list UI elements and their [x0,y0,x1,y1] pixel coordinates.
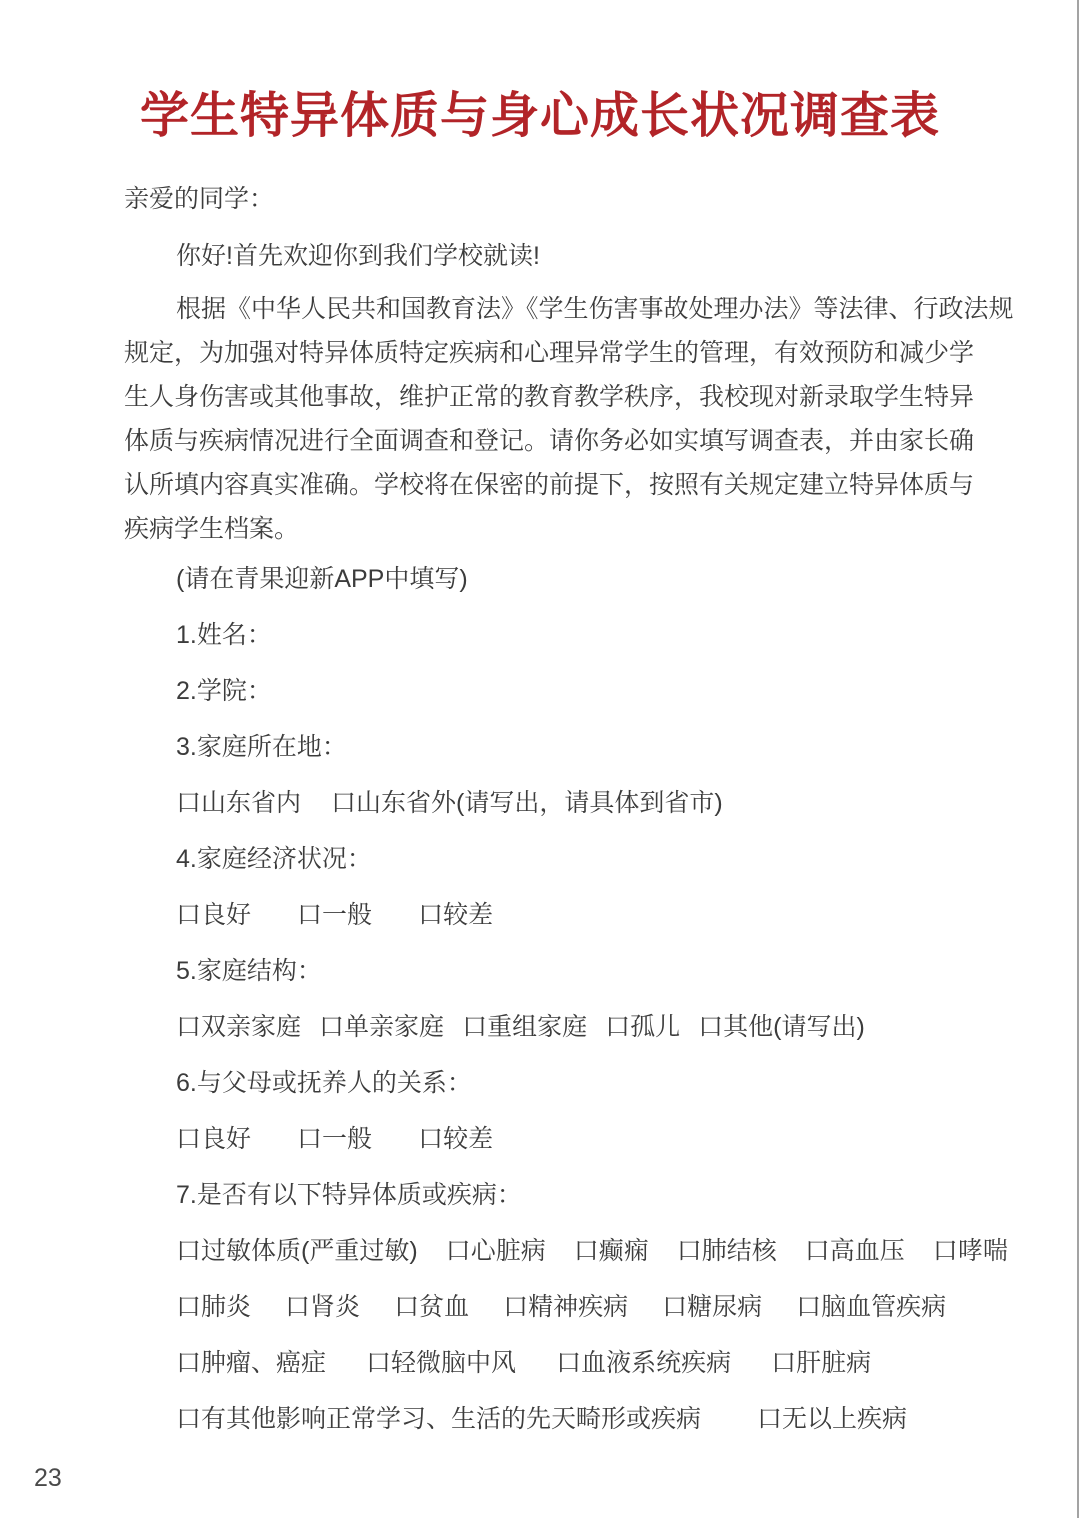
checkbox-icon: 口 [176,1237,201,1265]
checkbox-icon: 口 [796,1293,821,1321]
option-label: 双亲家庭 [201,1013,301,1041]
checkbox-option: 口有其他影响正常学习、生活的先天畸形或疾病 [176,1405,701,1433]
question-label-6: 6.与父母或抚养人的关系： [176,1069,1024,1095]
document-body: 亲爱的同学： 你好!首先欢迎你到我们学校就读! 根据《中华人民共和国教育法》《学… [124,185,1024,1461]
intro-paragraph-line: 体质与疾病情况进行全面调查和登记。请你务必如实填写调查表，并由家长确 [124,427,1024,453]
option-label: 较差 [443,1125,493,1153]
option-label: 贫血 [419,1293,469,1321]
greeting-line: 你好!首先欢迎你到我们学校就读! [176,242,1024,268]
question-label-3: 3.家庭所在地： [176,733,1024,759]
checkbox-option: 口山东省外(请写出，请具体到省市) [331,789,723,817]
checkbox-icon: 口 [677,1237,702,1265]
option-label: 哮喘 [958,1237,1008,1265]
checkbox-icon: 口 [176,1125,201,1153]
option-label: 血液系统疾病 [581,1349,731,1377]
option-label: 肝脏病 [796,1349,871,1377]
option-label: 糖尿病 [687,1293,762,1321]
checkbox-icon: 口 [556,1349,581,1377]
checkbox-option: 口轻微脑中风 [366,1349,516,1377]
checkbox-option: 口肺炎 [176,1293,251,1321]
option-label: 肺结核 [702,1237,777,1265]
question-label-2: 2.学院： [176,677,1024,703]
checkbox-option: 口肾炎 [285,1293,360,1321]
checkbox-icon: 口 [319,1013,344,1041]
checkbox-option: 口哮喘 [933,1237,1008,1265]
checkbox-icon: 口 [698,1013,723,1041]
question-4-options: 口良好口一般口较差 [176,901,1024,927]
option-label: 轻微脑中风 [391,1349,516,1377]
question-label-5: 5.家庭结构： [176,957,1024,983]
checkbox-icon: 口 [418,901,443,929]
intro-paragraph-line: 规定，为加强对特异体质特定疾病和心理异常学生的管理，有效预防和减少学 [124,339,1024,365]
option-label: 无以上疾病 [782,1405,907,1433]
question-label-4: 4.家庭经济状况： [176,845,1024,871]
option-label: 单亲家庭 [344,1013,444,1041]
page-number: 23 [34,1464,62,1493]
option-label: 一般 [322,1125,372,1153]
checkbox-option: 口山东省内 [176,789,301,817]
checkbox-icon: 口 [503,1293,528,1321]
checkbox-icon: 口 [176,1405,201,1433]
checkbox-option: 口肿瘤、癌症 [176,1349,326,1377]
option-label: 高血压 [830,1237,905,1265]
option-label: 癫痫 [599,1237,649,1265]
checkbox-icon: 口 [933,1237,958,1265]
checkbox-option: 口双亲家庭 [176,1013,301,1041]
question-label-7: 7.是否有以下特异体质或疾病： [176,1181,1024,1207]
checkbox-icon: 口 [366,1349,391,1377]
option-label: 良好 [201,901,251,929]
checkbox-option: 口良好 [176,1125,251,1153]
checkbox-option: 口重组家庭 [462,1013,587,1041]
page-right-edge-line [1077,0,1079,1518]
option-label: 肾炎 [310,1293,360,1321]
checkbox-icon: 口 [418,1125,443,1153]
intro-paragraph-line: 根据《中华人民共和国教育法》《学生伤害事故处理办法》等法律、行政法规 [176,295,1024,321]
checkbox-icon: 口 [805,1237,830,1265]
checkbox-icon: 口 [574,1237,599,1265]
option-label: 山东省外(请写出，请具体到省市) [356,789,723,817]
checkbox-option: 口无以上疾病 [757,1405,907,1433]
checkbox-option: 口精神疾病 [503,1293,628,1321]
option-label: 脑血管疾病 [821,1293,946,1321]
option-label: 心脏病 [471,1237,546,1265]
checkbox-option: 口较差 [418,1125,493,1153]
checkbox-icon: 口 [446,1237,471,1265]
page-title: 学生特异体质与身心成长状况调查表 [140,86,940,144]
checkbox-icon: 口 [331,789,356,817]
checkbox-option: 口贫血 [394,1293,469,1321]
checkbox-icon: 口 [771,1349,796,1377]
checkbox-icon: 口 [462,1013,487,1041]
question-7-options-row-2: 口肺炎口肾炎口贫血口精神疾病口糖尿病口脑血管疾病 [176,1293,1024,1319]
question-7-options-row-4: 口有其他影响正常学习、生活的先天畸形或疾病口无以上疾病 [176,1405,1024,1431]
option-label: 精神疾病 [528,1293,628,1321]
intro-paragraph-line: 认所填内容真实准确。学校将在保密的前提下，按照有关规定建立特异体质与 [124,471,1024,497]
checkbox-option: 口肝脏病 [771,1349,871,1377]
option-label: 较差 [443,901,493,929]
fill-in-app-note: (请在青果迎新APP中填写) [176,565,1024,591]
checkbox-icon: 口 [285,1293,310,1321]
question-6-options: 口良好口一般口较差 [176,1125,1024,1151]
checkbox-icon: 口 [176,1349,201,1377]
checkbox-option: 口高血压 [805,1237,905,1265]
checkbox-option: 口较差 [418,901,493,929]
checkbox-option: 口癫痫 [574,1237,649,1265]
question-7-options-row-3: 口肿瘤、癌症口轻微脑中风口血液系统疾病口肝脏病 [176,1349,1024,1375]
checkbox-option: 口糖尿病 [662,1293,762,1321]
option-label: 重组家庭 [487,1013,587,1041]
checkbox-option: 口心脏病 [446,1237,546,1265]
checkbox-icon: 口 [662,1293,687,1321]
checkbox-option: 口一般 [297,901,372,929]
checkbox-option: 口过敏体质(严重过敏) [176,1237,418,1265]
checkbox-icon: 口 [297,901,322,929]
title-block: 学生特异体质与身心成长状况调查表 [0,84,1080,146]
option-label: 肿瘤、癌症 [201,1349,326,1377]
checkbox-option: 口一般 [297,1125,372,1153]
salutation: 亲爱的同学： [124,185,1024,211]
checkbox-icon: 口 [605,1013,630,1041]
checkbox-icon: 口 [394,1293,419,1321]
option-label: 良好 [201,1125,251,1153]
option-label: 有其他影响正常学习、生活的先天畸形或疾病 [201,1405,701,1433]
option-label: 肺炎 [201,1293,251,1321]
question-3-options: 口山东省内口山东省外(请写出，请具体到省市) [176,789,1024,815]
checkbox-icon: 口 [176,789,201,817]
checkbox-option: 口脑血管疾病 [796,1293,946,1321]
checkbox-icon: 口 [176,1293,201,1321]
intro-paragraph-line: 疾病学生档案。 [124,515,1024,541]
checkbox-option: 口肺结核 [677,1237,777,1265]
checkbox-icon: 口 [757,1405,782,1433]
option-label: 一般 [322,901,372,929]
checkbox-icon: 口 [176,1013,201,1041]
checkbox-option: 口其他(请写出) [698,1013,865,1041]
option-label: 孤儿 [630,1013,680,1041]
checkbox-option: 口孤儿 [605,1013,680,1041]
option-label: 其他(请写出) [723,1013,865,1041]
question-7-options-row-1: 口过敏体质(严重过敏)口心脏病口癫痫口肺结核口高血压口哮喘 [176,1237,1024,1263]
checkbox-icon: 口 [297,1125,322,1153]
option-label: 山东省内 [201,789,301,817]
checkbox-option: 口血液系统疾病 [556,1349,731,1377]
question-5-options: 口双亲家庭口单亲家庭口重组家庭口孤儿口其他(请写出) [176,1013,1024,1039]
option-label: 过敏体质(严重过敏) [201,1237,418,1265]
checkbox-option: 口良好 [176,901,251,929]
checkbox-option: 口单亲家庭 [319,1013,444,1041]
question-label-1: 1.姓名： [176,621,1024,647]
checkbox-icon: 口 [176,901,201,929]
intro-paragraph-line: 生人身伤害或其他事故，维护正常的教育教学秩序，我校现对新录取学生特异 [124,383,1024,409]
